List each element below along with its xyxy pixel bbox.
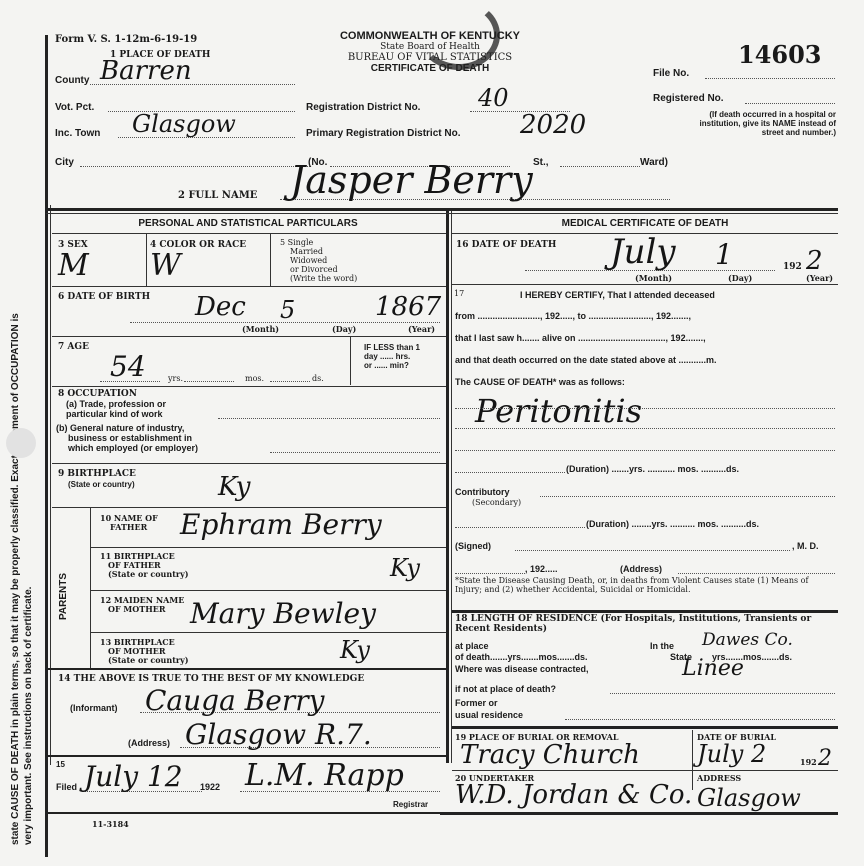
- punch-hole: [6, 428, 36, 458]
- file-no-line: [705, 78, 835, 79]
- primary-registration-label: Primary Registration District No.: [306, 128, 460, 139]
- father-birthplace-value: Ky: [390, 554, 420, 582]
- center-divider: [446, 208, 449, 763]
- death-day-caption: (Day): [728, 274, 752, 283]
- physician-address-line: [678, 573, 835, 574]
- father-name-value: Ephram Berry: [180, 508, 382, 541]
- signed-date-line: [455, 573, 525, 574]
- undertaker-address-value: Glasgow: [697, 784, 801, 812]
- label-line: FATHER: [100, 523, 158, 532]
- marital-status-label: 5 Single Married Widowed or Divorced (Wr…: [280, 238, 357, 283]
- rule: [52, 336, 446, 337]
- city-line: [80, 166, 310, 167]
- age-ds-line: [270, 381, 310, 382]
- death-year-caption: (Year): [806, 274, 833, 283]
- filed-number: 15: [56, 760, 65, 769]
- duration-line-2: (Duration) ........yrs. .......... mos. …: [586, 519, 759, 529]
- of-death-line: of death.......yrs.......mos.......ds.: [455, 652, 588, 662]
- at-place-label: at place: [455, 641, 489, 651]
- occupation-line: which employed (or employer): [56, 443, 198, 453]
- age-mos-label: mos.: [245, 374, 264, 383]
- footer-code: 11-3184: [92, 820, 129, 829]
- county-label: County: [55, 75, 89, 86]
- city-label: City: [55, 157, 74, 168]
- label-line: (State or country): [100, 570, 189, 579]
- note-line: day ...... hrs.: [364, 352, 420, 361]
- parents-label: PARENTS: [58, 573, 69, 620]
- dob-day: 5: [280, 296, 295, 324]
- not-at-place-label: if not at place of death?: [455, 684, 556, 694]
- cause-line: [455, 408, 835, 409]
- age-ds-label: ds.: [312, 374, 324, 383]
- contributory-line: [540, 496, 835, 497]
- rule: [452, 284, 838, 285]
- mother-birthplace-label: 13 BIRTHPLACE OF MOTHER (State or countr…: [100, 638, 189, 665]
- registrar-label: Registrar: [393, 800, 428, 809]
- label-line: (State or country): [100, 656, 189, 665]
- death-month: July: [610, 232, 676, 272]
- age-years-line: [100, 381, 160, 382]
- rule: [46, 668, 446, 670]
- cause-footnote: *State the Disease Causing Death, or, in…: [455, 576, 837, 594]
- file-number: 14603: [738, 40, 822, 69]
- left-inner-border: [50, 205, 51, 765]
- rule: [452, 726, 838, 729]
- ward-line: [560, 166, 640, 167]
- physician-address-label: (Address): [620, 564, 662, 574]
- label-line: OF MOTHER: [100, 605, 184, 614]
- former-label: Former or: [455, 698, 498, 708]
- rule: [452, 610, 838, 613]
- less-than-day-note: IF LESS than 1 day ...... hrs. or ......…: [364, 343, 420, 370]
- marital-line: or Divorced: [280, 265, 357, 274]
- contributory-label: Contributory: [455, 487, 510, 497]
- filed-year: 1922: [200, 782, 220, 792]
- occupation-b-label: (b) General nature of industry, business…: [56, 423, 198, 453]
- cause-of-death-value: Peritonitis: [475, 392, 642, 430]
- marital-line: Widowed: [280, 256, 357, 265]
- rule: [146, 234, 147, 286]
- informant-address-label: (Address): [128, 738, 170, 748]
- document-title: CERTIFICATE OF DEATH: [310, 63, 550, 74]
- dob-label: 6 DATE OF BIRTH: [58, 292, 150, 302]
- rule: [91, 590, 446, 591]
- last-saw-line: that I last saw h....... alive on ......…: [455, 333, 706, 343]
- sex-value: M: [58, 248, 89, 283]
- occupation-line: (b) General nature of industry,: [56, 423, 198, 433]
- attended-from-line: from ........................., 192.....…: [455, 311, 691, 321]
- note-line: IF LESS than 1: [364, 343, 420, 352]
- rule: [440, 812, 838, 815]
- not-at-place-line: [610, 693, 835, 694]
- margin-note-line2: very important. See instructions on back…: [23, 445, 34, 845]
- marital-line: 5 Single: [280, 238, 357, 247]
- rule: [91, 547, 446, 548]
- age-label: 7 AGE: [58, 342, 89, 352]
- vot-pct-label: Vot. Pct.: [55, 102, 94, 113]
- race-value: W: [150, 248, 181, 283]
- county-value: Barren: [100, 56, 192, 86]
- registration-district-value: 40: [478, 84, 509, 112]
- rule: [91, 632, 446, 633]
- full-name-value: Jasper Berry: [290, 158, 533, 202]
- death-day: 1: [715, 238, 733, 271]
- burial-date-value: July 2: [697, 740, 766, 768]
- occupation-label: 8 OCCUPATION: [58, 389, 137, 399]
- informant-label: (Informant): [70, 703, 118, 713]
- rule: [46, 755, 446, 757]
- undertaker-address-label: ADDRESS: [697, 774, 741, 783]
- registrar-signature: L.M. Rapp: [245, 758, 404, 793]
- marital-line: Married: [280, 247, 357, 256]
- occupation-line: business or establishment in: [56, 433, 198, 443]
- death-month-caption: (Month): [635, 274, 672, 283]
- occupation-a-label: (a) Trade, profession or particular kind…: [66, 399, 166, 419]
- seal-stamp: [418, 0, 500, 70]
- inc-town-value: Glasgow: [132, 110, 236, 138]
- inc-town-label: Inc. Town: [55, 128, 100, 139]
- form-id: Form V. S. 1-12m-6-19-19: [55, 34, 197, 45]
- rule: [350, 337, 351, 385]
- md-label: , M. D.: [792, 541, 819, 551]
- birthplace-value: Ky: [218, 472, 250, 502]
- duration-line-1: (Duration) .......yrs. ........... mos. …: [566, 464, 739, 474]
- dob-month: Dec: [195, 292, 246, 322]
- state-note: Dawes Co.: [702, 630, 793, 650]
- filed-label: Filed: [56, 782, 77, 792]
- cause-line: [455, 428, 835, 429]
- cause-of-death-label: The CAUSE OF DEATH* was as follows:: [455, 377, 625, 387]
- full-name-label: 2 FULL NAME: [178, 190, 257, 201]
- rule: [90, 508, 91, 668]
- file-no-label: File No.: [653, 68, 689, 79]
- registered-no-line: [745, 103, 835, 104]
- undertaker-value: W.D. Jordan & Co.: [455, 780, 692, 810]
- street-label: St.,: [533, 157, 549, 168]
- usual-residence-label: usual residence: [455, 710, 523, 720]
- state-residence-value: Linee: [682, 656, 744, 681]
- dob-day-caption: (Day): [332, 325, 356, 334]
- occupation-line: (a) Trade, profession or: [66, 399, 166, 409]
- duration-line: [455, 472, 565, 473]
- cause-line: [455, 450, 835, 451]
- birthplace-sub-label: (State or country): [68, 480, 135, 489]
- mother-birthplace-value: Ky: [340, 636, 370, 664]
- section-rule-top: [46, 208, 838, 211]
- hospital-note: (If death occurred in a hospital or inst…: [680, 110, 836, 137]
- certify-number: 17: [454, 289, 464, 298]
- rule: [52, 386, 446, 387]
- medical-heading: MEDICAL CERTIFICATE OF DEATH: [452, 218, 838, 229]
- secondary-label: (Secondary): [472, 498, 521, 507]
- in-the-label: In the: [650, 641, 674, 651]
- occupation-line: particular kind of work: [66, 409, 166, 419]
- occupation-a-line: [218, 418, 440, 419]
- age-value: 54: [110, 350, 146, 383]
- signed-year-line: , 192.....: [525, 564, 558, 574]
- rule: [46, 812, 446, 814]
- burial-year-suffix: 2: [818, 746, 832, 771]
- dob-year: 1867: [375, 292, 441, 322]
- death-occurred-line: and that death occurred on the date stat…: [455, 355, 717, 365]
- father-name-label: 10 NAME OF FATHER: [100, 514, 158, 532]
- death-year-suffix: 2: [806, 246, 823, 276]
- death-date-label: 16 DATE OF DEATH: [456, 240, 556, 250]
- certify-statement: I HEREBY CERTIFY, That I attended deceas…: [520, 290, 715, 300]
- occupation-b-line: [270, 452, 440, 453]
- margin-instructions: state CAUSE OF DEATH in plain terms, so …: [0, 0, 40, 866]
- left-border: [45, 35, 48, 857]
- age-mos-line: [184, 381, 234, 382]
- birthplace-label: 9 BIRTHPLACE: [58, 469, 136, 479]
- section-rule-top-inner: [46, 213, 838, 214]
- marital-line: (Write the word): [280, 274, 357, 283]
- rule: [52, 463, 446, 464]
- informant-value: Cauga Berry: [145, 684, 324, 717]
- filed-date-value: July 12: [84, 760, 183, 793]
- center-divider-inner: [451, 208, 452, 763]
- age-yrs-label: yrs.: [168, 374, 183, 383]
- rule: [52, 233, 446, 234]
- registration-district-label: Registration District No.: [306, 102, 420, 113]
- death-year-prefix: 192: [783, 262, 802, 272]
- dob-year-caption: (Year): [408, 325, 435, 334]
- usual-residence-line: [565, 719, 835, 720]
- signed-line: [515, 550, 790, 551]
- ward-label: Ward): [640, 157, 668, 168]
- mother-name-value: Mary Bewley: [190, 597, 376, 630]
- mother-name-label: 12 MAIDEN NAME OF MOTHER: [100, 596, 184, 614]
- knowledge-statement: 14 THE ABOVE IS TRUE TO THE BEST OF MY K…: [58, 674, 364, 684]
- rule: [270, 234, 271, 286]
- burial-year-prefix: 192: [800, 758, 817, 767]
- father-birthplace-label: 11 BIRTHPLACE OF FATHER (State or countr…: [100, 552, 189, 579]
- informant-address-value: Glasgow R.7.: [185, 718, 372, 751]
- personal-heading: PERSONAL AND STATISTICAL PARTICULARS: [52, 218, 444, 229]
- note-line: or ...... min?: [364, 361, 420, 370]
- primary-registration-value: 2020: [520, 110, 586, 140]
- signed-label: (Signed): [455, 541, 491, 551]
- registered-no-label: Registered No.: [653, 93, 724, 104]
- rule: [52, 286, 446, 287]
- contracted-label: Where was disease contracted,: [455, 664, 589, 674]
- dob-month-caption: (Month): [242, 325, 279, 334]
- burial-place-value: Tracy Church: [460, 740, 640, 770]
- rule: [452, 770, 838, 771]
- duration-line: [455, 527, 585, 528]
